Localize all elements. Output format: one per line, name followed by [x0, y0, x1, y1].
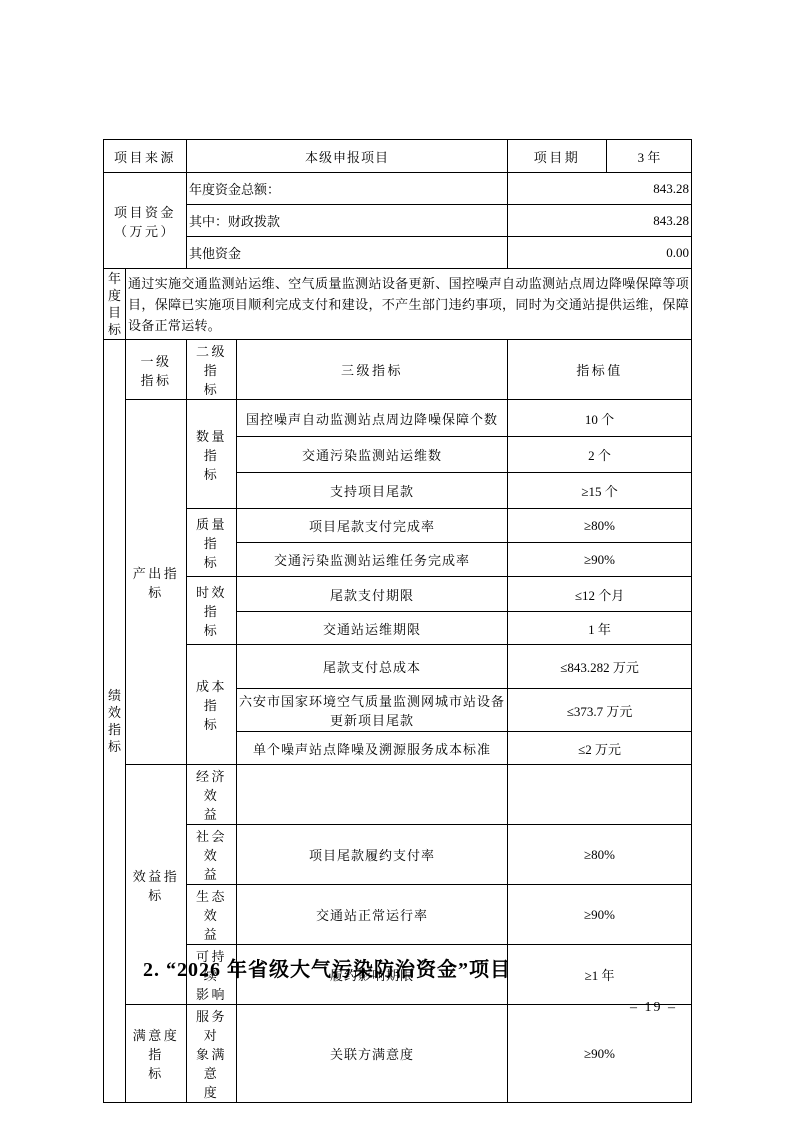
funds-fiscal-value: 843.28 — [508, 205, 692, 237]
document-page: 项目来源 本级申报项目 项目期 3 年 项目资金 （万元） 年度资金总额： 84… — [0, 0, 793, 1122]
indicator-value: ≥90% — [508, 543, 692, 577]
level2-ecological: 生态效 益 — [187, 885, 237, 945]
level2-timeliness: 时效指 标 — [187, 577, 237, 645]
table-row: 绩效指标 一级 指标 二级指 标 三级指标 指标值 — [104, 340, 692, 400]
table-row: 其他资金 0.00 — [104, 237, 692, 269]
table-row: 社会效 益 项目尾款履约支付率 ≥80% — [104, 825, 692, 885]
annual-goal-label: 年度目标 — [104, 269, 126, 340]
funds-fiscal-label: 其中：财政拨款 — [187, 205, 508, 237]
indicator-value: 2 个 — [508, 437, 692, 473]
level3-indicator: 项目尾款支付完成率 — [237, 509, 508, 543]
level3-indicator: 六安市国家环境空气质量监测网城市站设备 更新项目尾款 — [237, 689, 508, 732]
funds-other-value: 0.00 — [508, 237, 692, 269]
col-header-level1: 一级 指标 — [126, 340, 187, 400]
level3-indicator: 尾款支付总成本 — [237, 645, 508, 689]
table-row: 产出指标 数量指 标 国控噪声自动监测站点周边降噪保障个数 10 个 — [104, 400, 692, 437]
indicator-value: ≤843.282 万元 — [508, 645, 692, 689]
level2-service-satisfaction: 服务对 象满意 度 — [187, 1005, 237, 1103]
level3-indicator: 交通污染监测站运维任务完成率 — [237, 543, 508, 577]
indicator-value: 1 年 — [508, 612, 692, 645]
annual-goal-text: 通过实施交通监测站运维、空气质量监测站设备更新、国控噪声自动监测站点周边降噪保障… — [126, 269, 692, 340]
level2-quantity: 数量指 标 — [187, 400, 237, 509]
indicator-value: ≥80% — [508, 509, 692, 543]
funds-total-label: 年度资金总额： — [187, 173, 508, 205]
table-row: 质量指 标 项目尾款支付完成率 ≥80% — [104, 509, 692, 543]
level3-indicator: 交通污染监测站运维数 — [237, 437, 508, 473]
level3-indicator: 支持项目尾款 — [237, 473, 508, 509]
indicator-value: ≤12 个月 — [508, 577, 692, 612]
table-row: 其中：财政拨款 843.28 — [104, 205, 692, 237]
table-row: 生态效 益 交通站正常运行率 ≥90% — [104, 885, 692, 945]
level2-social: 社会效 益 — [187, 825, 237, 885]
funds-total-value: 843.28 — [508, 173, 692, 205]
level3-indicator: 关联方满意度 — [237, 1005, 508, 1103]
level3-indicator: 尾款支付期限 — [237, 577, 508, 612]
level2-quality: 质量指 标 — [187, 509, 237, 577]
level2-cost: 成本指 标 — [187, 645, 237, 765]
table-row: 成本指 标 尾款支付总成本 ≤843.282 万元 — [104, 645, 692, 689]
table-row: 项目来源 本级申报项目 项目期 3 年 — [104, 140, 692, 173]
page-number: – 19 – — [630, 1000, 677, 1016]
level3-indicator — [237, 765, 508, 825]
indicator-value: ≤2 万元 — [508, 732, 692, 765]
col-header-level3: 三级指标 — [237, 340, 508, 400]
table-row: 项目资金 （万元） 年度资金总额： 843.28 — [104, 173, 692, 205]
indicator-value: ≥90% — [508, 885, 692, 945]
level3-indicator: 国控噪声自动监测站点周边降噪保障个数 — [237, 400, 508, 437]
level1-satisfaction: 满意度指 标 — [126, 1005, 187, 1103]
col-header-value: 指标值 — [508, 340, 692, 400]
indicator-value: ≥80% — [508, 825, 692, 885]
table-row: 满意度指 标 服务对 象满意 度 关联方满意度 ≥90% — [104, 1005, 692, 1103]
indicator-value: ≥90% — [508, 1005, 692, 1103]
col-header-level2: 二级指 标 — [187, 340, 237, 400]
indicator-value: ≤373.7 万元 — [508, 689, 692, 732]
table-row: 时效指 标 尾款支付期限 ≤12 个月 — [104, 577, 692, 612]
table-row: 效益指标 经济效 益 — [104, 765, 692, 825]
project-source-label: 项目来源 — [104, 140, 187, 173]
performance-section-label: 绩效指标 — [104, 340, 126, 1103]
level3-indicator: 单个噪声站点降噪及溯源服务成本标准 — [237, 732, 508, 765]
indicator-value: ≥15 个 — [508, 473, 692, 509]
funds-other-label: 其他资金 — [187, 237, 508, 269]
next-section-heading: 2. “2026 年省级大气污染防治资金”项目 — [143, 953, 511, 982]
indicator-value — [508, 765, 692, 825]
level3-indicator: 交通站运维期限 — [237, 612, 508, 645]
table-row: 年度目标 通过实施交通监测站运维、空气质量监测站设备更新、国控噪声自动监测站点周… — [104, 269, 692, 340]
level3-indicator: 交通站正常运行率 — [237, 885, 508, 945]
level3-indicator: 项目尾款履约支付率 — [237, 825, 508, 885]
level2-economic: 经济效 益 — [187, 765, 237, 825]
project-source-value: 本级申报项目 — [187, 140, 508, 173]
project-period-label: 项目期 — [508, 140, 607, 173]
indicator-value: ≥1 年 — [508, 945, 692, 1005]
level1-output: 产出指标 — [126, 400, 187, 765]
project-period-value: 3 年 — [607, 140, 692, 173]
project-funds-label: 项目资金 （万元） — [104, 173, 187, 269]
indicator-value: 10 个 — [508, 400, 692, 437]
